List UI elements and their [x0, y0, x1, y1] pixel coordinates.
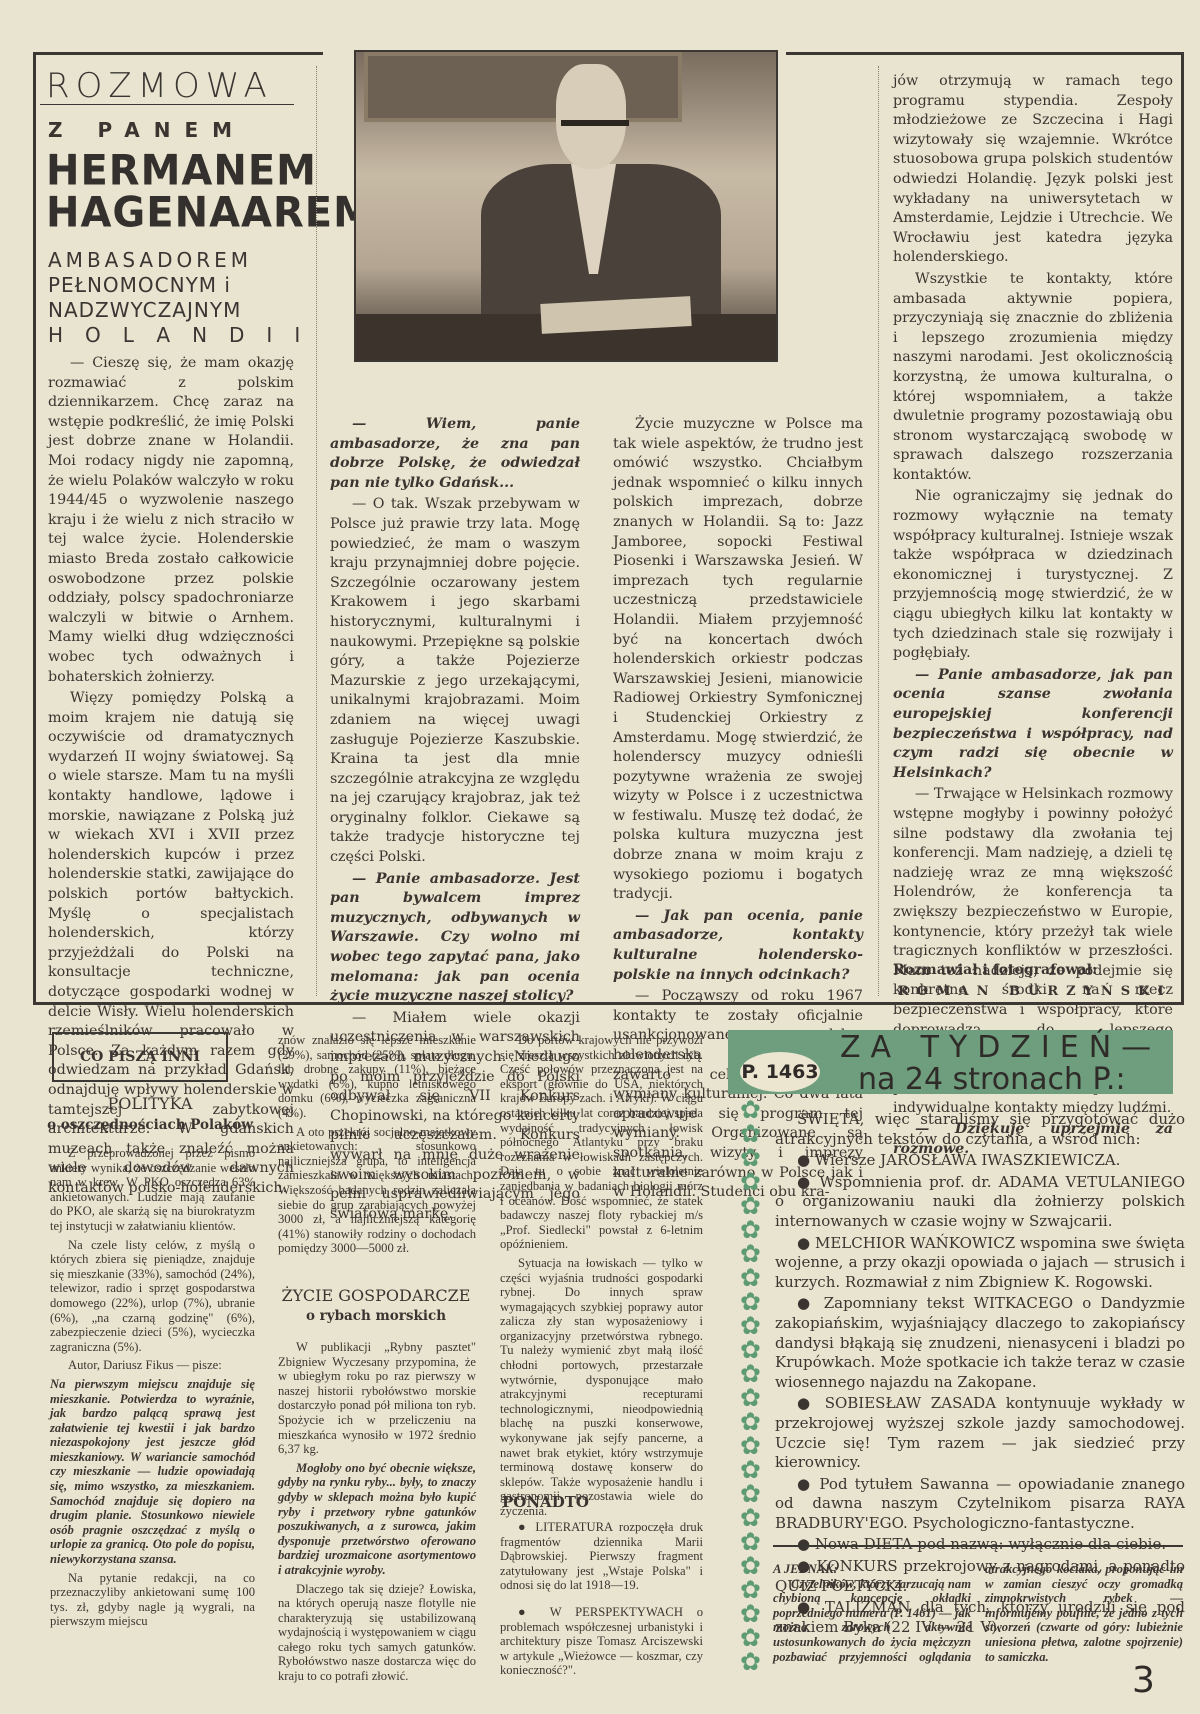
- paragraph: W publikacji „Rybny pasztet" Zbigniew Wy…: [278, 1340, 476, 1457]
- copisza-column-2a: znów znalazło się lepsze mieszkanie (29%…: [278, 1033, 476, 1260]
- paragraph: Na pierwszym miejscu znajduje się mieszk…: [50, 1377, 255, 1567]
- headline-title-1: AMBASADOREM: [48, 248, 252, 272]
- paragraph: Dlaczego tak się dzieje? Łowiska, na któ…: [278, 1582, 476, 1684]
- paragraph: — O tak. Wszak przebywam w Polsce już pr…: [330, 495, 580, 867]
- next-issue-item: ● Wspomnienia prof. dr. ADAMA VETULANIEG…: [775, 1173, 1185, 1232]
- interview-frame-top-right: [786, 52, 1184, 55]
- headline-name-last: HAGENAAREM: [46, 189, 374, 237]
- a-jednak-note: A JEDNAK: Czytelników, którzy zarzucają …: [773, 1562, 1183, 1666]
- kicker-rozmowa: ROZMOWA: [46, 66, 273, 106]
- column-divider: [316, 66, 317, 996]
- paragraph: Na pytanie redakcji, na co przeznaczylib…: [50, 1571, 255, 1629]
- next-issue-item: ● Zapomniany tekst WITKACEGO o Dandyzmie…: [775, 1294, 1185, 1392]
- interview-frame-top-left: [33, 52, 323, 55]
- bullet-icon: ●: [797, 1151, 815, 1169]
- photo-head: [556, 64, 626, 169]
- bullet-icon: ●: [797, 1294, 824, 1312]
- paragraph: Sytuacja na łowiskach — tylko w części w…: [500, 1256, 703, 1519]
- kicker-rule: [40, 104, 294, 105]
- next-issue-item-text: SOBIESŁAW ZASADA kontynuuje wykłady w pr…: [775, 1394, 1185, 1471]
- bullet-icon: ●: [797, 1173, 819, 1191]
- page-number: 3: [1132, 1660, 1155, 1701]
- painting-on-wall: [364, 52, 682, 122]
- a-jednak-title: A JEDNAK:: [773, 1562, 971, 1577]
- interview-frame-right: [1181, 52, 1184, 1002]
- next-issue-item: ● MELCHIOR WAŃKOWICZ wspomina swe święta…: [775, 1234, 1185, 1293]
- flower-icon: ✿: [740, 1650, 764, 1674]
- bullet-icon: ●: [797, 1394, 825, 1412]
- flower-ornament-icon: ✿✿✿✿✿✿✿✿✿✿✿✿✿✿✿✿✿✿✿✿✿✿✿✿: [740, 1098, 764, 1674]
- headline-title-3: NADZWYCZAJNYM: [48, 298, 241, 322]
- section-box-co-pisza-inni: CO PISZĄ INNI: [52, 1032, 228, 1082]
- next-issue-item-text: Pod tytułem Sawanna — opowiadanie znaneg…: [775, 1475, 1185, 1532]
- paragraph: Z przeprowadzonej przez pismo ankiety wy…: [50, 1146, 255, 1234]
- paragraph: — Cieszę się, że mam okazję rozmawiać z …: [48, 354, 294, 687]
- issue-number-badge: P. 1463: [740, 1052, 820, 1092]
- next-issue-title: ZA TYDZIEŃ—: [840, 1030, 1161, 1065]
- paragraph: A oto przekrój socjalno-majątkowy ankiet…: [278, 1125, 476, 1256]
- paragraph: Autor, Dariusz Fikus — pisze:: [50, 1358, 255, 1373]
- copisza-column-2b: W publikacji „Rybny pasztet" Zbigniew Wy…: [278, 1340, 476, 1688]
- paragraph: znów znalazło się lepsze mieszkanie (29%…: [278, 1033, 476, 1121]
- paragraph: Życie muzyczne w Polsce ma tak wiele asp…: [613, 415, 863, 905]
- byline-author: ROMAN BURZYŃSKI: [898, 984, 1172, 999]
- column-divider: [878, 66, 879, 996]
- copisza-column-3: Do portów krajowych nie przywozi się zre…: [500, 1033, 703, 1523]
- next-issue-intro: ŚWIĘTA, więc staraliśmy się przygotować …: [775, 1110, 1185, 1149]
- paragraph: — Wiem, panie ambasadorze, że zna pan do…: [330, 415, 580, 493]
- next-issue-subtitle: na 24 stronach P.:: [858, 1062, 1126, 1097]
- source-subtitle-rybach: o rybach morskich: [268, 1308, 484, 1324]
- ponadto-item: ● W PERSPEKTYWACH o problemach współczes…: [500, 1605, 703, 1678]
- next-issue-item: ● Wiersze JAROSŁAWA IWASZKIEWICZA.: [775, 1151, 1185, 1171]
- source-title-zycie-gospodarcze: ŻYCIE GOSPODARCZE: [268, 1286, 484, 1305]
- next-issue-item-text: Zapomniany tekst WITKACEGO o Dandyzmie z…: [775, 1294, 1185, 1390]
- next-issue-item: ● Pod tytułem Sawanna — opowiadanie znan…: [775, 1475, 1185, 1534]
- headline-line1: Z PANEM: [48, 118, 246, 142]
- interview-frame-left: [33, 52, 36, 1002]
- paragraph: Do portów krajowych nie przywozi się zre…: [500, 1033, 703, 1252]
- next-issue-contents: ŚWIĘTA, więc staraliśmy się przygotować …: [775, 1110, 1185, 1639]
- ponadto-list: ● LITERATURA rozpoczęła druk fragmentów …: [500, 1520, 703, 1690]
- paragraph: — Panie ambasadorze, jak pan ocenia szan…: [893, 666, 1173, 784]
- ambassador-photo: [354, 50, 778, 362]
- ponadto-item: ● LITERATURA rozpoczęła druk fragmentów …: [500, 1520, 703, 1593]
- a-jednak-text: Czytelników, którzy zarzucają nam chybio…: [773, 1562, 1183, 1666]
- divider-rule: [773, 1545, 1183, 1547]
- headline-title-2: PEŁNOMOCNYM i: [48, 273, 231, 297]
- bullet-icon: ●: [797, 1234, 815, 1252]
- next-issue-item-text: Wiersze JAROSŁAWA IWASZKIEWICZA.: [815, 1151, 1121, 1169]
- bullet-icon: ●: [797, 1475, 819, 1493]
- next-issue-item-text: Wspomnienia prof. dr. ADAMA VETULANIEGO …: [775, 1173, 1185, 1230]
- ponadto-item-lead: ● W PERSPEKTYWACH: [518, 1605, 683, 1619]
- paragraph: Na czele listy celów, z myślą o których …: [50, 1238, 255, 1355]
- copisza-column-1: Z przeprowadzonej przez pismo ankiety wy…: [50, 1146, 255, 1633]
- paragraph: Wszystkie te kontakty, które ambasada ak…: [893, 270, 1173, 486]
- next-issue-item-text: MELCHIOR WAŃKOWICZ wspomina swe święta w…: [775, 1234, 1185, 1291]
- source-title-polityka: POLITYKA: [40, 1094, 260, 1113]
- ponadto-item-lead: ● LITERATURA: [518, 1520, 612, 1534]
- photo-glasses: [561, 120, 629, 142]
- source-subtitle-oszczednosci: o oszczędnościach Polaków: [40, 1117, 260, 1133]
- paragraph: — Jak pan ocenia, panie ambasadorze, kon…: [613, 907, 863, 985]
- ponadto-title: PONADTO: [502, 1493, 589, 1511]
- byline-label: Rozmawiał i fotografował:: [893, 962, 1097, 978]
- headline-title-4: HOLANDII: [48, 323, 322, 347]
- next-issue-item: ● SOBIESŁAW ZASADA kontynuuje wykłady w …: [775, 1394, 1185, 1472]
- paragraph: — Panie ambasadorze. Jest pan bywalcem i…: [330, 870, 580, 1007]
- paragraph: Mogłoby ono być obecnie większe, gdyby n…: [278, 1461, 476, 1578]
- paragraph: jów otrzymują w ramach tego programu sty…: [893, 72, 1173, 268]
- paragraph: Nie ograniczajmy się jednak do rozmowy w…: [893, 487, 1173, 663]
